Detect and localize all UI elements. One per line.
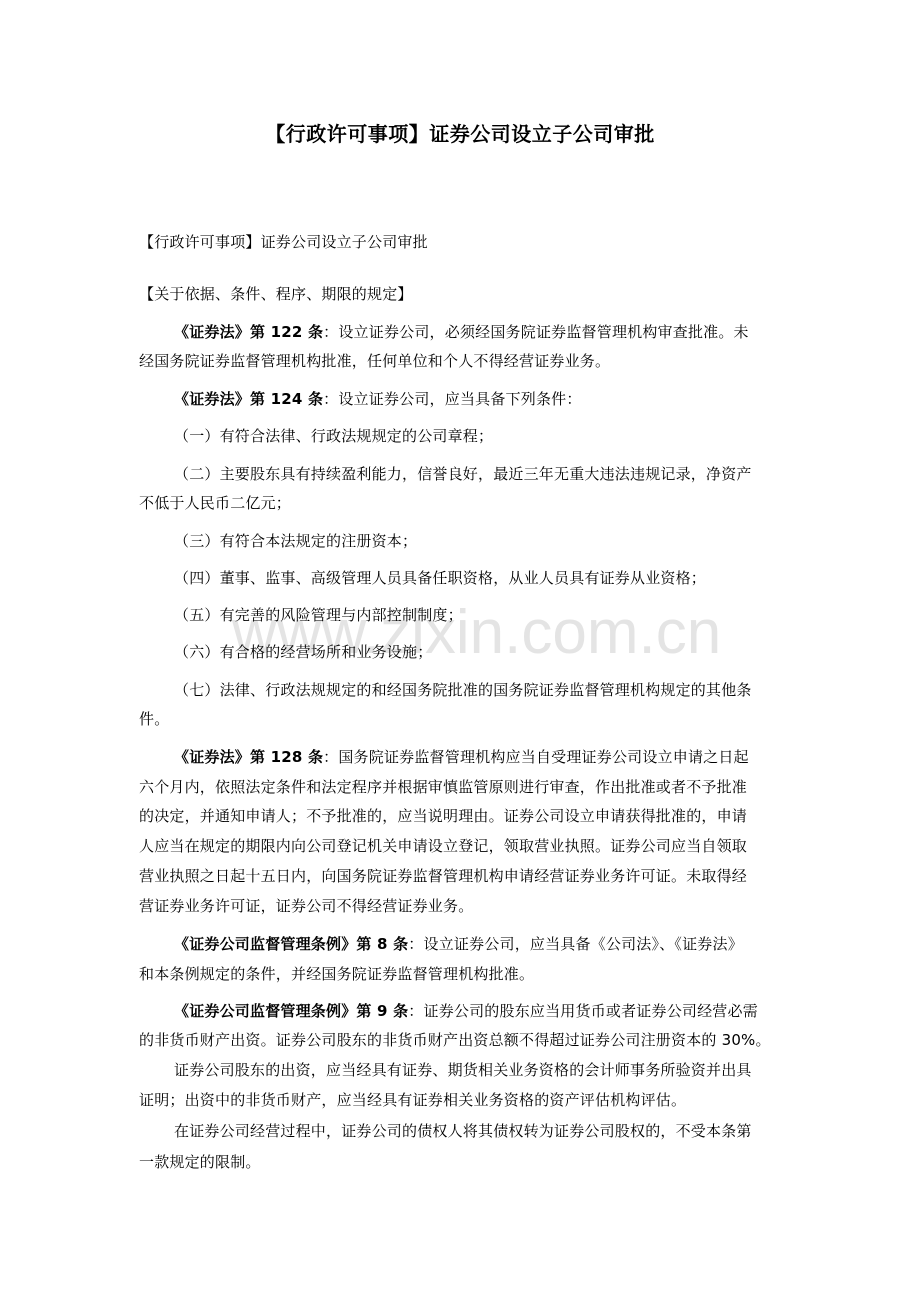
document-page: www.zixin.com.cn 【行政许可事项】证券公司设立子公司审批 【行政… bbox=[0, 0, 920, 1302]
article-ref: 《证券公司监督管理条例》第 8 条 bbox=[174, 935, 408, 953]
article-128-line-5: 营业执照之日起十五日内，向国务院证券监督管理机构申请经营证券业务许可证。未取得经 bbox=[139, 866, 784, 886]
article-122-line-1: 《证券法》第 122 条：设立证券公司，必须经国务院证券监督管理机构审查批准。未 bbox=[174, 322, 784, 342]
regulation-9-para2-line-2: 证明；出资中的非货币财产，应当经具有证券相关业务资格的资产评估机构评估。 bbox=[139, 1090, 784, 1110]
condition-7-line-2: 件。 bbox=[139, 709, 784, 729]
condition-1: （一）有符合法律、行政法规规定的公司章程； bbox=[174, 426, 784, 446]
article-128-line-4: 人应当在规定的期限内向公司登记机关申请设立登记，领取营业执照。证券公司应当自领取 bbox=[139, 836, 784, 856]
article-128-line-2: 六个月内，依照法定条件和法定程序并根据审慎监管原则进行审查，作出批准或者不予批准 bbox=[139, 777, 784, 797]
condition-3: （三）有符合本法规定的注册资本； bbox=[174, 531, 784, 551]
regulation-8-line-1: 《证券公司监督管理条例》第 8 条：设立证券公司，应当具备《公司法》、《证券法》 bbox=[174, 934, 784, 954]
article-128-line-1: 《证券法》第 128 条：国务院证券监督管理机构应当自受理证券公司设立申请之日起 bbox=[174, 747, 784, 767]
article-128-line-3: 的决定，并通知申请人；不予批准的，应当说明理由。证券公司设立申请获得批准的，申请 bbox=[139, 806, 784, 826]
article-text: ：证券公司的股东应当用货币或者证券公司经营必需 bbox=[408, 1002, 758, 1020]
regulation-9-para3-line-1: 在证券公司经营过程中，证券公司的债权人将其债权转为证券公司股权的，不受本条第 bbox=[174, 1121, 784, 1141]
condition-2-line-2: 不低于人民币二亿元； bbox=[139, 493, 784, 513]
article-text: ：设立证券公司，应当具备《公司法》、《证券法》 bbox=[408, 935, 743, 953]
section-heading: 【关于依据、条件、程序、期限的规定】 bbox=[139, 284, 784, 304]
article-text: ：设立证券公司，必须经国务院证券监督管理机构审查批准。未 bbox=[323, 323, 749, 341]
regulation-8-line-2: 和本条例规定的条件，并经国务院证券监督管理机构批准。 bbox=[139, 964, 784, 984]
condition-5: （五）有完善的风险管理与内部控制制度； bbox=[174, 605, 784, 625]
article-ref: 《证券法》第 124 条 bbox=[174, 390, 323, 408]
regulation-9-para3-line-2: 一款规定的限制。 bbox=[139, 1152, 784, 1172]
article-ref: 《证券公司监督管理条例》第 9 条 bbox=[174, 1002, 408, 1020]
condition-6: （六）有合格的经营场所和业务设施； bbox=[174, 642, 784, 662]
regulation-9-line-2: 的非货币财产出资。证券公司股东的非货币财产出资总额不得超过证券公司注册资本的 3… bbox=[139, 1030, 784, 1050]
document-subtitle: 【行政许可事项】证券公司设立子公司审批 bbox=[139, 232, 784, 252]
condition-4: （四）董事、监事、高级管理人员具备任职资格，从业人员具有证券从业资格； bbox=[174, 568, 784, 588]
regulation-9-line-1: 《证券公司监督管理条例》第 9 条：证券公司的股东应当用货币或者证券公司经营必需 bbox=[174, 1001, 784, 1021]
article-124-line-1: 《证券法》第 124 条：设立证券公司，应当具备下列条件： bbox=[174, 389, 784, 409]
article-128-line-6: 营证券业务许可证，证券公司不得经营证券业务。 bbox=[139, 896, 784, 916]
condition-2-line-1: （二）主要股东具有持续盈利能力，信誉良好，最近三年无重大违法违规记录，净资产 bbox=[174, 464, 784, 484]
condition-7-line-1: （七）法律、行政法规规定的和经国务院批准的国务院证券监督管理机构规定的其他条 bbox=[174, 680, 784, 700]
article-text: ：设立证券公司，应当具备下列条件： bbox=[323, 390, 581, 408]
article-122-line-2: 经国务院证券监督管理机构批准，任何单位和个人不得经营证券业务。 bbox=[139, 351, 784, 371]
article-ref: 《证券法》第 122 条 bbox=[174, 323, 323, 341]
article-text: ：国务院证券监督管理机构应当自受理证券公司设立申请之日起 bbox=[323, 748, 749, 766]
regulation-9-para2-line-1: 证券公司股东的出资，应当经具有证券、期货相关业务资格的会计师事务所验资并出具 bbox=[174, 1060, 784, 1080]
document-title: 【行政许可事项】证券公司设立子公司审批 bbox=[0, 118, 920, 147]
article-ref: 《证券法》第 128 条 bbox=[174, 748, 323, 766]
